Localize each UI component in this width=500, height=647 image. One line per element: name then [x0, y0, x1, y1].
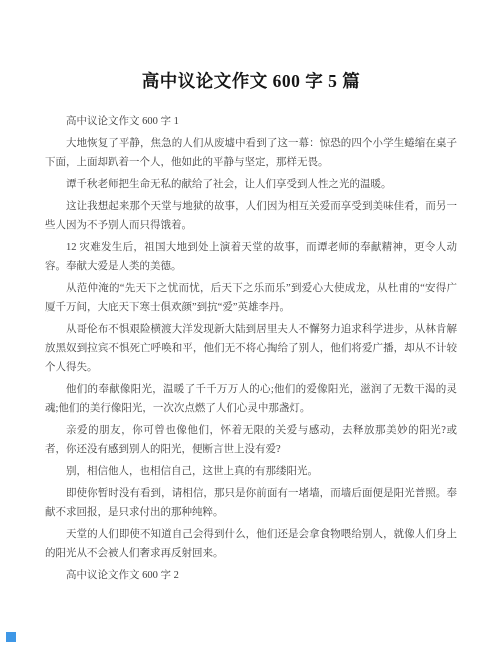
- document-title: 高中议论文作文 600 字 5 篇: [45, 70, 457, 92]
- document-page: 高中议论文作文 600 字 5 篇 高中议论文作文 600 字 1大地恢复了平静…: [0, 0, 500, 585]
- section-heading: 高中议论文作文 600 字 1: [45, 112, 457, 131]
- body-paragraph: 谭千秋老师把生命无私的献给了社会，让人们享受到人性之光的温暖。: [45, 175, 457, 194]
- body-paragraph: 12 灾难发生后，祖国大地到处上演着天堂的故事，而谭老师的奉献精神，更令人动容。…: [45, 238, 457, 276]
- page-loading-marker: [6, 632, 16, 642]
- body-paragraph: 别，相信他人，也相信自己，这世上真的有那缕阳光。: [45, 462, 457, 481]
- body-paragraph: 大地恢复了平静，焦急的人们从废墟中看到了这一幕：惊恐的四个小学生蜷缩在桌子下面，…: [45, 134, 457, 172]
- body-paragraph: 亲爱的朋友，你可曾也像他们，怀着无限的关爱与感动，去释放那美妙的阳光?或者，你还…: [45, 421, 457, 459]
- body-paragraph: 从范仲淹的“先天下之忧而忧，后天下之乐而乐”到爱心大使成龙，从杜甫的“安得广厦千…: [45, 279, 457, 317]
- section-heading: 高中议论文作文 600 字 2: [45, 566, 457, 585]
- document-body: 高中议论文作文 600 字 1大地恢复了平静，焦急的人们从废墟中看到了这一幕：惊…: [45, 112, 457, 585]
- body-paragraph: 从哥伦布不惧艰险横渡大洋发现新大陆到居里夫人不懈努力追求科学进步，从林肯解放黑奴…: [45, 320, 457, 377]
- body-paragraph: 即使你暂时没有看到，请相信，那只是你前面有一堵墙，而墙后面便是阳光普照。奉献不求…: [45, 484, 457, 522]
- body-paragraph: 他们的奉献像阳光，温暖了千千万万人的心;他们的爱像阳光，滋润了无数干渴的灵魂;他…: [45, 380, 457, 418]
- body-paragraph: 这让我想起来那个天堂与地狱的故事，人们因为相互关爱而享受到美味佳肴，而另一些人因…: [45, 197, 457, 235]
- body-paragraph: 天堂的人们即使不知道自己会得到什么，他们还是会拿食物喂给别人，就像人们身上的阳光…: [45, 525, 457, 563]
